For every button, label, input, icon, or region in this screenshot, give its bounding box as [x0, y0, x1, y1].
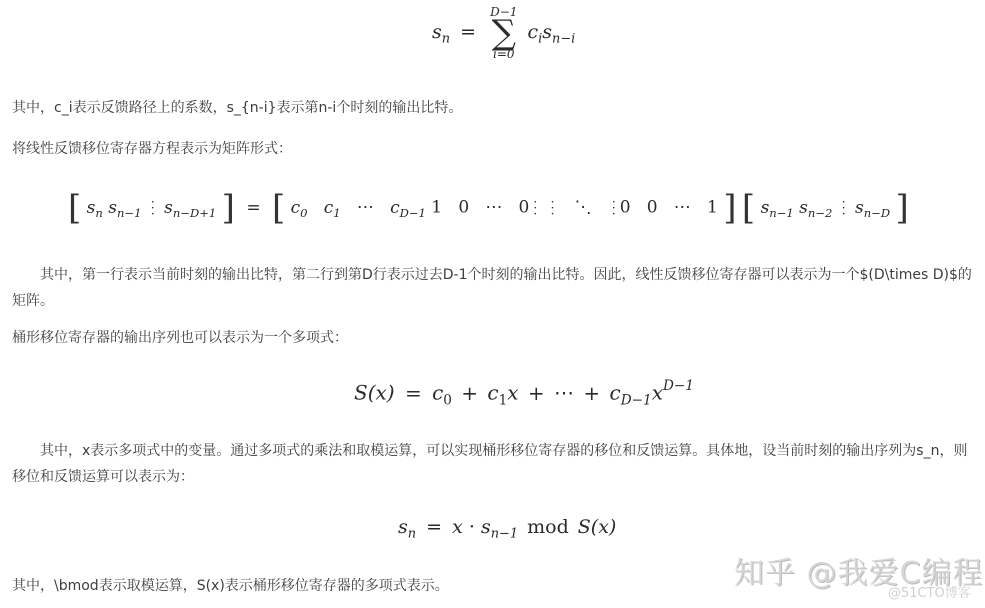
eq4-S: S(x)	[578, 516, 617, 538]
right-bracket: ]	[222, 188, 235, 228]
paragraph-coefficient-desc: 其中，c_i表示反馈路径上的系数，s_{n-i}表示第n-i个时刻的输出比特。	[12, 95, 462, 121]
eq3-xD: x	[652, 381, 663, 405]
eq4-x: x	[452, 516, 463, 538]
eq1-term-sub: n−i	[552, 32, 575, 47]
eq3-cD: c	[610, 381, 621, 405]
paragraph-polynomial-explanation: 其中，x表示多项式中的变量。通过多项式的乘法和取模运算，可以实现桶形移位寄存器的…	[12, 438, 972, 490]
matrix-left-bracket: [	[272, 188, 285, 228]
eq1-coef: c	[527, 21, 538, 43]
eq3-lhs: S(x)	[354, 381, 395, 405]
equation-polynomial: S(x) = c0 + c1x + ⋯ + cD−1xD−1	[354, 378, 694, 408]
vdots: ···	[151, 199, 155, 217]
paragraph-matrix-explanation: 其中，第一行表示当前时刻的输出比特，第二行到第D行表示过去D-1个时刻的输出比特…	[12, 262, 972, 314]
eq1-lhs-sub: n	[442, 32, 450, 47]
eq3-c0: c	[432, 381, 443, 405]
paragraph-mod-explanation: 其中，\bmod表示取模运算，S(x)表示桶形移位寄存器的多项式表示。	[12, 573, 449, 599]
vector-right-bracket: ]	[896, 188, 909, 228]
eq4-lhs: s	[398, 516, 408, 538]
sigma-symbol: ∑	[492, 18, 516, 48]
matrix-right-bracket: ]	[723, 188, 736, 228]
watermark-51cto: @51CTO博客	[888, 582, 971, 601]
eq1-term: s	[542, 21, 552, 43]
equation-matrix-form: [ sn sn−1 ··· sn−D+1 ] = [ c0 c1 ⋯ cD−1 …	[68, 188, 909, 228]
eq3-c1-sub: 1	[499, 392, 508, 408]
eq4-s-sub: n−1	[491, 527, 518, 542]
summation: D−1 ∑ i=0	[490, 6, 517, 60]
eq4-dot: ·	[469, 516, 475, 538]
eq3-xD-sup: D−1	[663, 378, 694, 394]
eq1-lhs: s	[432, 21, 442, 43]
eq4-mod: mod	[527, 516, 569, 538]
eq1-equals: =	[460, 21, 476, 43]
eq4-lhs-sub: n	[408, 527, 416, 542]
sum-lower-limit: i=0	[493, 48, 515, 60]
left-bracket: [	[68, 188, 81, 228]
paragraph-matrix-intro: 将线性反馈移位寄存器方程表示为矩阵形式：	[12, 136, 292, 162]
equation-shift-mod: sn = x · sn−1 mod S(x)	[398, 516, 616, 542]
paragraph-polynomial-intro: 桶形移位寄存器的输出序列也可以表示为一个多项式：	[12, 325, 348, 351]
eq4-s: s	[481, 516, 491, 538]
eq3-c1: c	[487, 381, 498, 405]
vector-left-bracket: [	[742, 188, 755, 228]
eq3-cD-sub: D−1	[621, 392, 652, 408]
eq3-x: x	[507, 381, 518, 405]
eq3-c0-sub: 0	[443, 392, 452, 408]
eq3-dots: ⋯	[554, 381, 574, 405]
equation-feedback-sum: sn = D−1 ∑ i=0 cisn−i	[432, 6, 575, 60]
